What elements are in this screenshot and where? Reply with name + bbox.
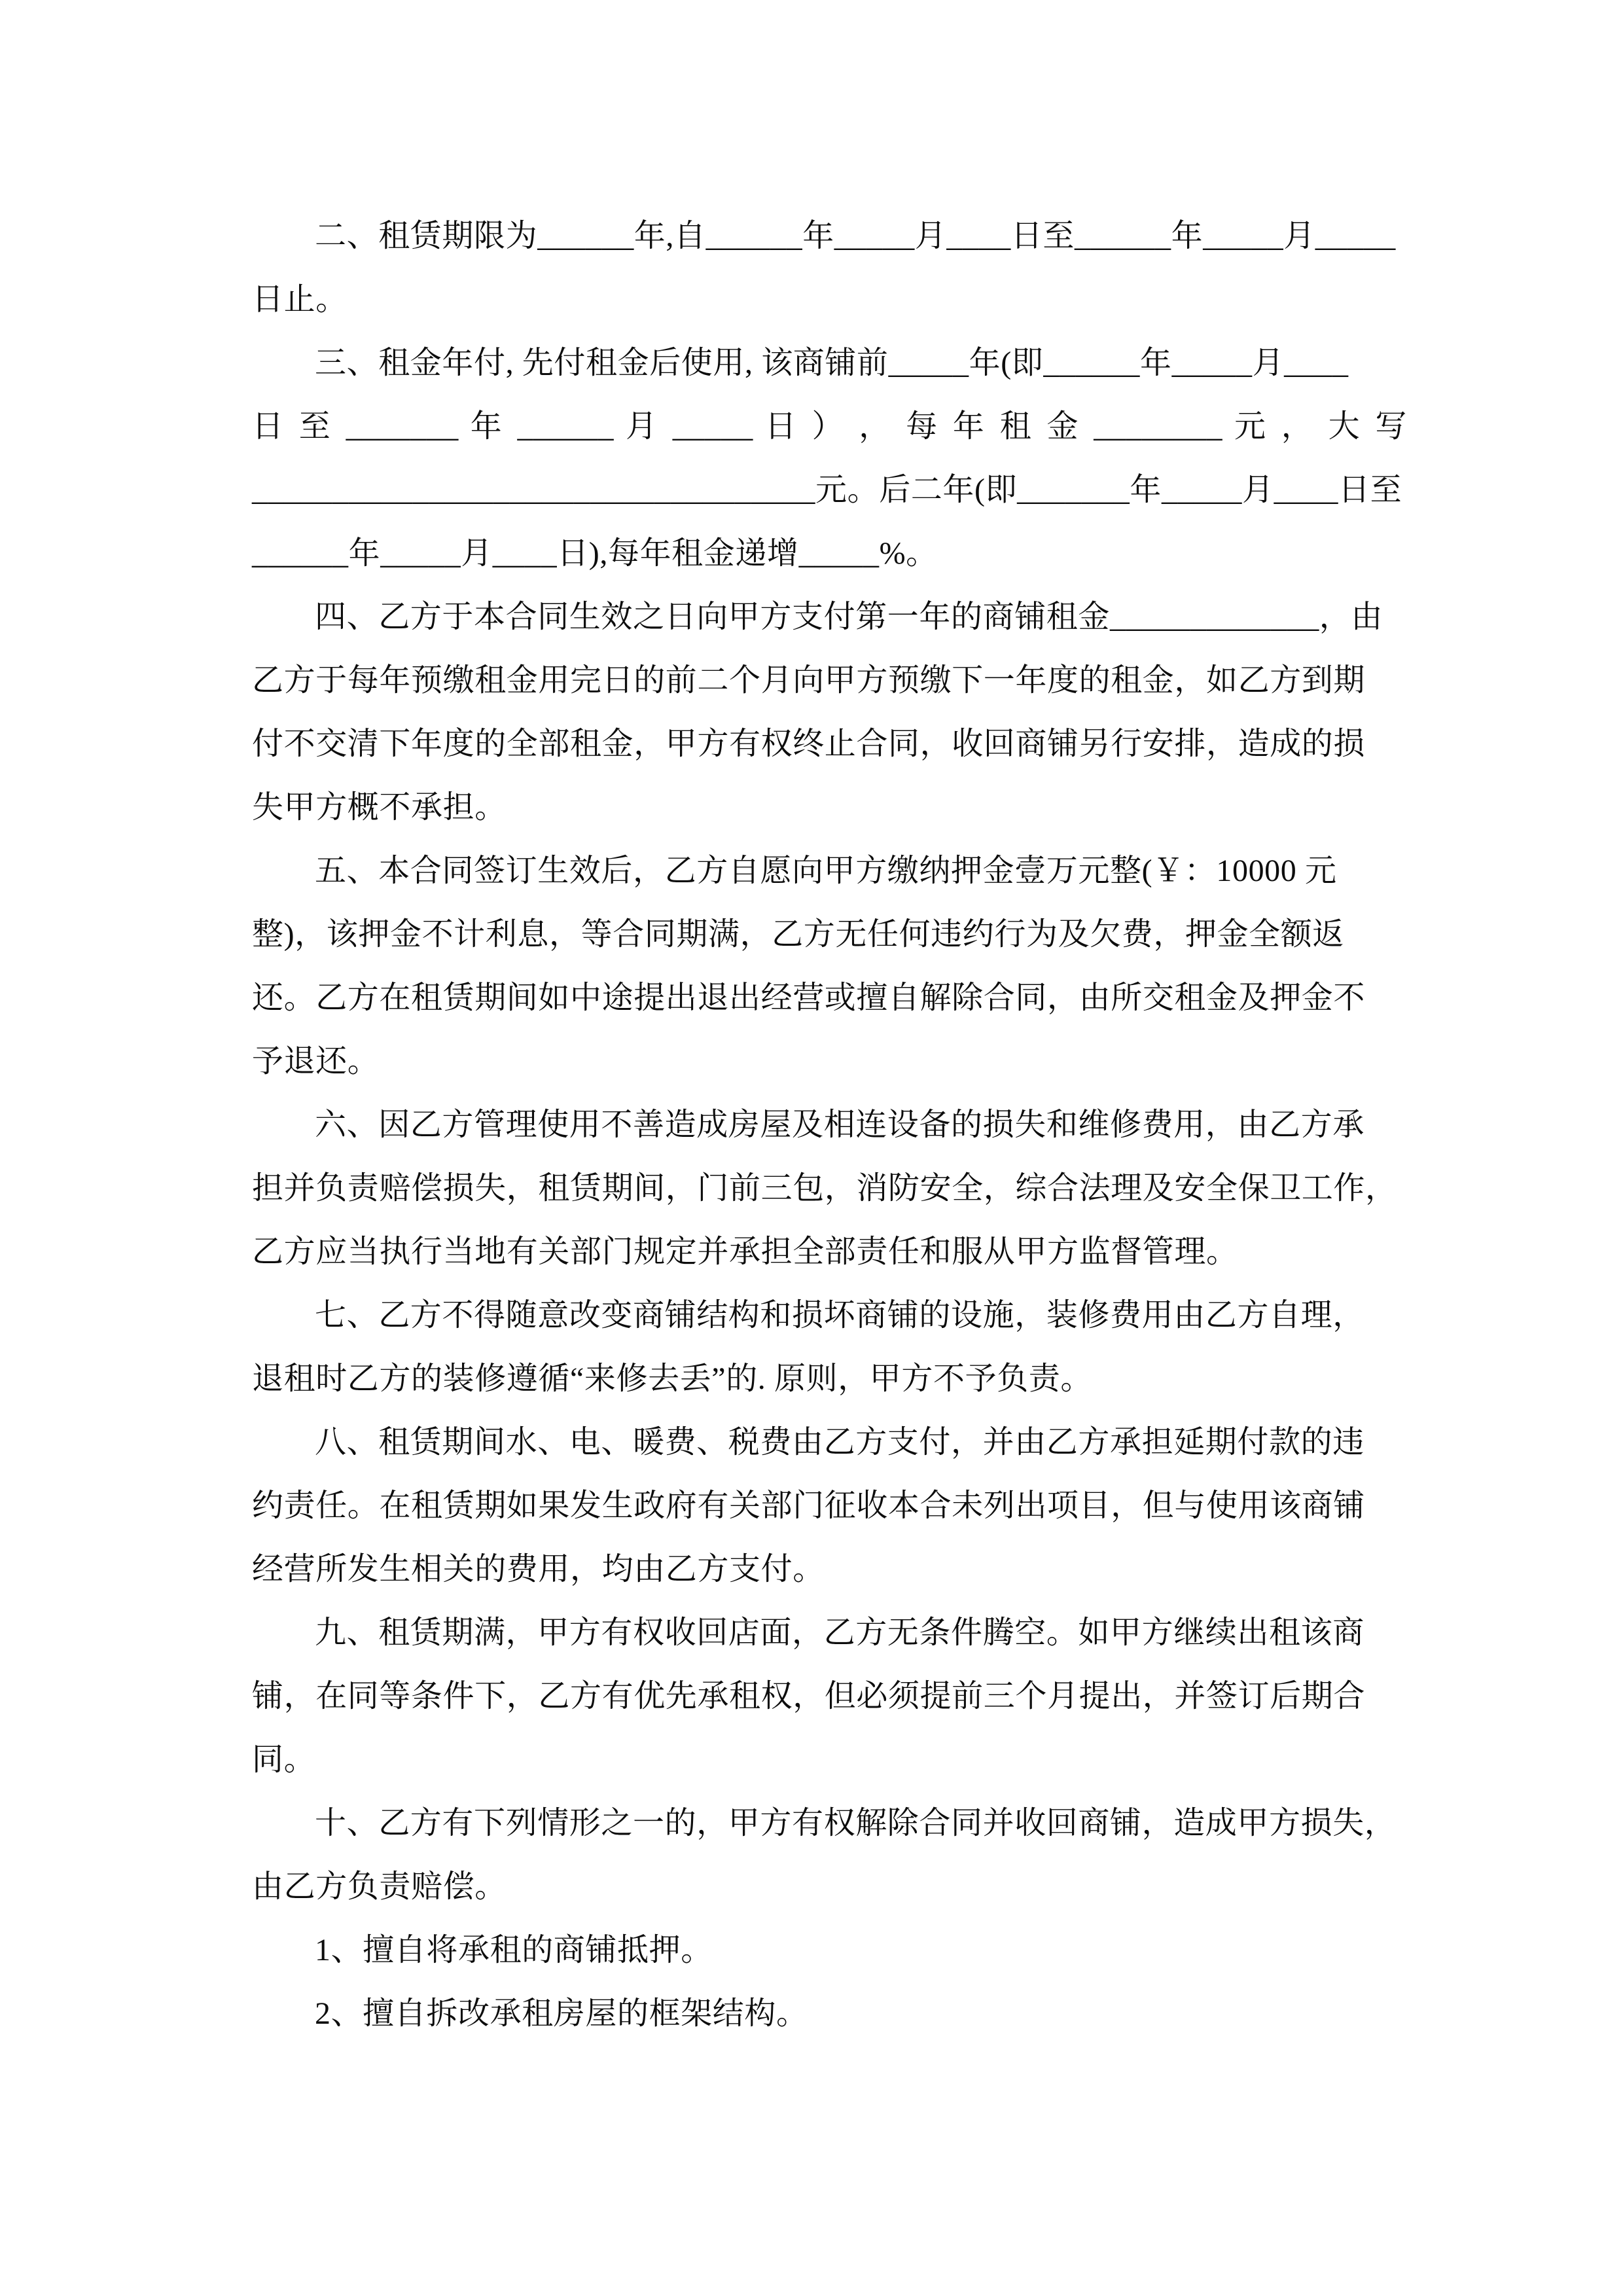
text-line: 铺，在同等条件下，乙方有优先承租权，但必须提前三个月提出，并签订后期合 [252,1664,1407,1728]
text-line: 乙方于每年预缴租金用完日的前二个月向甲方预缴下一年度的租金，如乙方到期 [252,649,1407,712]
text-line: 付不交清下年度的全部租金，甲方有权终止合同，收回商铺另行安排，造成的损 [252,712,1407,776]
text-line: 八、租赁期间水、电、暖费、税费由乙方支付，并由乙方承担延期付款的违 [252,1410,1407,1474]
text-line: 担并负责赔偿损失，租赁期间，门前三包，消防安全，综合法理及安全保卫工作， [252,1157,1407,1220]
text-line: 1、擅自将承租的商铺抵押。 [252,1918,1407,1982]
text-line: 还。乙方在租赁期间如中途提出退出经营或擅自解除合同，由所交租金及押金不 [252,966,1407,1030]
text-line: 2、擅自拆改承租房屋的框架结构。 [252,1982,1407,2045]
text-line: 三、租金年付, 先付租金后使用, 该商铺前_____年(即______年____… [252,331,1407,395]
text-line: 经营所发生相关的费用，均由乙方支付。 [252,1537,1407,1601]
text-line: ___________________________________元。后二年… [252,458,1407,522]
text-line: 退租时乙方的装修遵循“来修去丢”的. 原则，甲方不予负责。 [252,1347,1407,1410]
text-line: 整)，该押金不计利息，等合同期满，乙方无任何违约行为及欠费，押金全额返 [252,903,1407,966]
text-line: 予退还。 [252,1030,1407,1093]
text-line: ______年_____月____日),每年租金递增_____%。 [252,522,1407,585]
text-line: 日 至 _______ 年 ______ 月 _____ 日 ） ， 每 年 租… [252,395,1407,458]
text-line: 失甲方概不承担。 [252,776,1407,839]
text-line: 同。 [252,1728,1407,1791]
text-line: 乙方应当执行当地有关部门规定并承担全部责任和服从甲方监督管理。 [252,1220,1407,1283]
text-line: 六、因乙方管理使用不善造成房屋及相连设备的损失和维修费用，由乙方承 [252,1093,1407,1157]
text-line: 七、乙方不得随意改变商铺结构和损坏商铺的设施，装修费用由乙方自理， [252,1283,1407,1347]
text-line: 十、乙方有下列情形之一的，甲方有权解除合同并收回商铺，造成甲方损失， [252,1791,1407,1855]
text-line: 二、租赁期限为______年,自______年_____月____日至_____… [252,204,1407,268]
text-line: 九、租赁期满，甲方有权收回店面，乙方无条件腾空。如甲方继续出租该商 [252,1601,1407,1664]
text-line: 日止。 [252,268,1407,331]
text-line: 四、乙方于本合同生效之日向甲方支付第一年的商铺租金_____________，由 [252,585,1407,649]
document-page: 二、租赁期限为______年,自______年_____月____日至_____… [0,0,1623,2296]
contract-text-block: 二、租赁期限为______年,自______年_____月____日至_____… [252,204,1407,2045]
text-line: 约责任。在租赁期如果发生政府有关部门征收本合未列出项目，但与使用该商铺 [252,1474,1407,1537]
text-line: 由乙方负责赔偿。 [252,1855,1407,1918]
text-line: 五、本合同签订生效后，乙方自愿向甲方缴纳押金壹万元整(￥：10000 元 [252,839,1407,903]
